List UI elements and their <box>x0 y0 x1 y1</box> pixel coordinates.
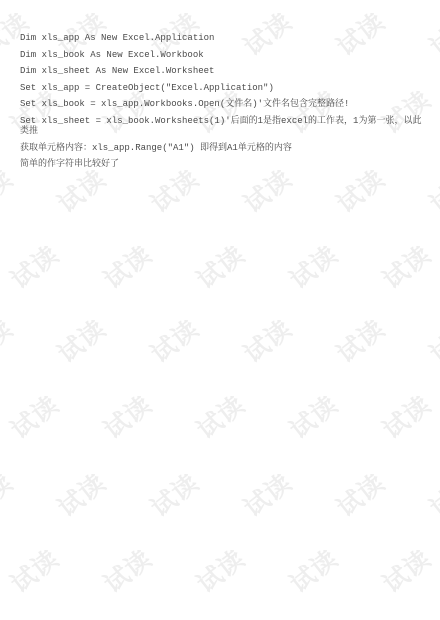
watermark-text: 试读 <box>421 464 440 524</box>
watermark-text: 试读 <box>49 310 112 370</box>
watermark-text: 试读 <box>374 236 437 296</box>
watermark-text: 试读 <box>235 464 298 524</box>
watermark-text: 试读 <box>235 310 298 370</box>
watermark-text: 试读 <box>2 236 65 296</box>
watermark-text: 试读 <box>0 160 20 220</box>
watermark-text: 试读 <box>281 386 344 446</box>
code-line-set-app: Set xls_app = CreateObject("Excel.Applic… <box>20 80 425 97</box>
code-line-dim-app: Dim xls_app As New Excel.Application <box>20 30 425 47</box>
watermark-text: 试读 <box>374 386 437 446</box>
text-line-string-compare: 简单的作字符串比较好了 <box>20 156 425 173</box>
code-line-dim-book: Dim xls_book As New Excel.Workbook <box>20 47 425 64</box>
watermark-text: 试读 <box>188 236 251 296</box>
code-line-set-sheet: Set xls_sheet = xls_book.Worksheets(1)'后… <box>20 113 425 140</box>
watermark-text: 试读 <box>328 310 391 370</box>
watermark-text: 试读 <box>95 540 158 600</box>
watermark-text: 试读 <box>49 464 112 524</box>
watermark-text: 试读 <box>0 464 20 524</box>
code-line-dim-sheet: Dim xls_sheet As New Excel.Worksheet <box>20 63 425 80</box>
watermark-text: 试读 <box>328 464 391 524</box>
watermark-text: 试读 <box>142 310 205 370</box>
watermark-text: 试读 <box>374 540 437 600</box>
document-page: 试读 试读 试读 试读 试读 试读 试读 试读 试读 试读 试读 试读 试读 试… <box>0 0 440 620</box>
watermark-text: 试读 <box>142 464 205 524</box>
watermark-text: 试读 <box>2 386 65 446</box>
watermark-text: 试读 <box>281 236 344 296</box>
watermark-text: 试读 <box>95 236 158 296</box>
watermark-text: 试读 <box>281 540 344 600</box>
code-line-set-book: Set xls_book = xls_app.Workbooks.Open(文件… <box>20 96 425 113</box>
watermark-text: 试读 <box>0 310 20 370</box>
watermark-text: 试读 <box>188 540 251 600</box>
watermark-text: 试读 <box>421 310 440 370</box>
watermark-text: 试读 <box>95 386 158 446</box>
document-body: Dim xls_app As New Excel.Application Dim… <box>20 30 425 173</box>
watermark-text: 试读 <box>188 386 251 446</box>
watermark-text: 试读 <box>2 540 65 600</box>
text-line-get-cell: 获取单元格内容：xls_app.Range("A1") 即得到A1单元格的内容 <box>20 140 425 157</box>
